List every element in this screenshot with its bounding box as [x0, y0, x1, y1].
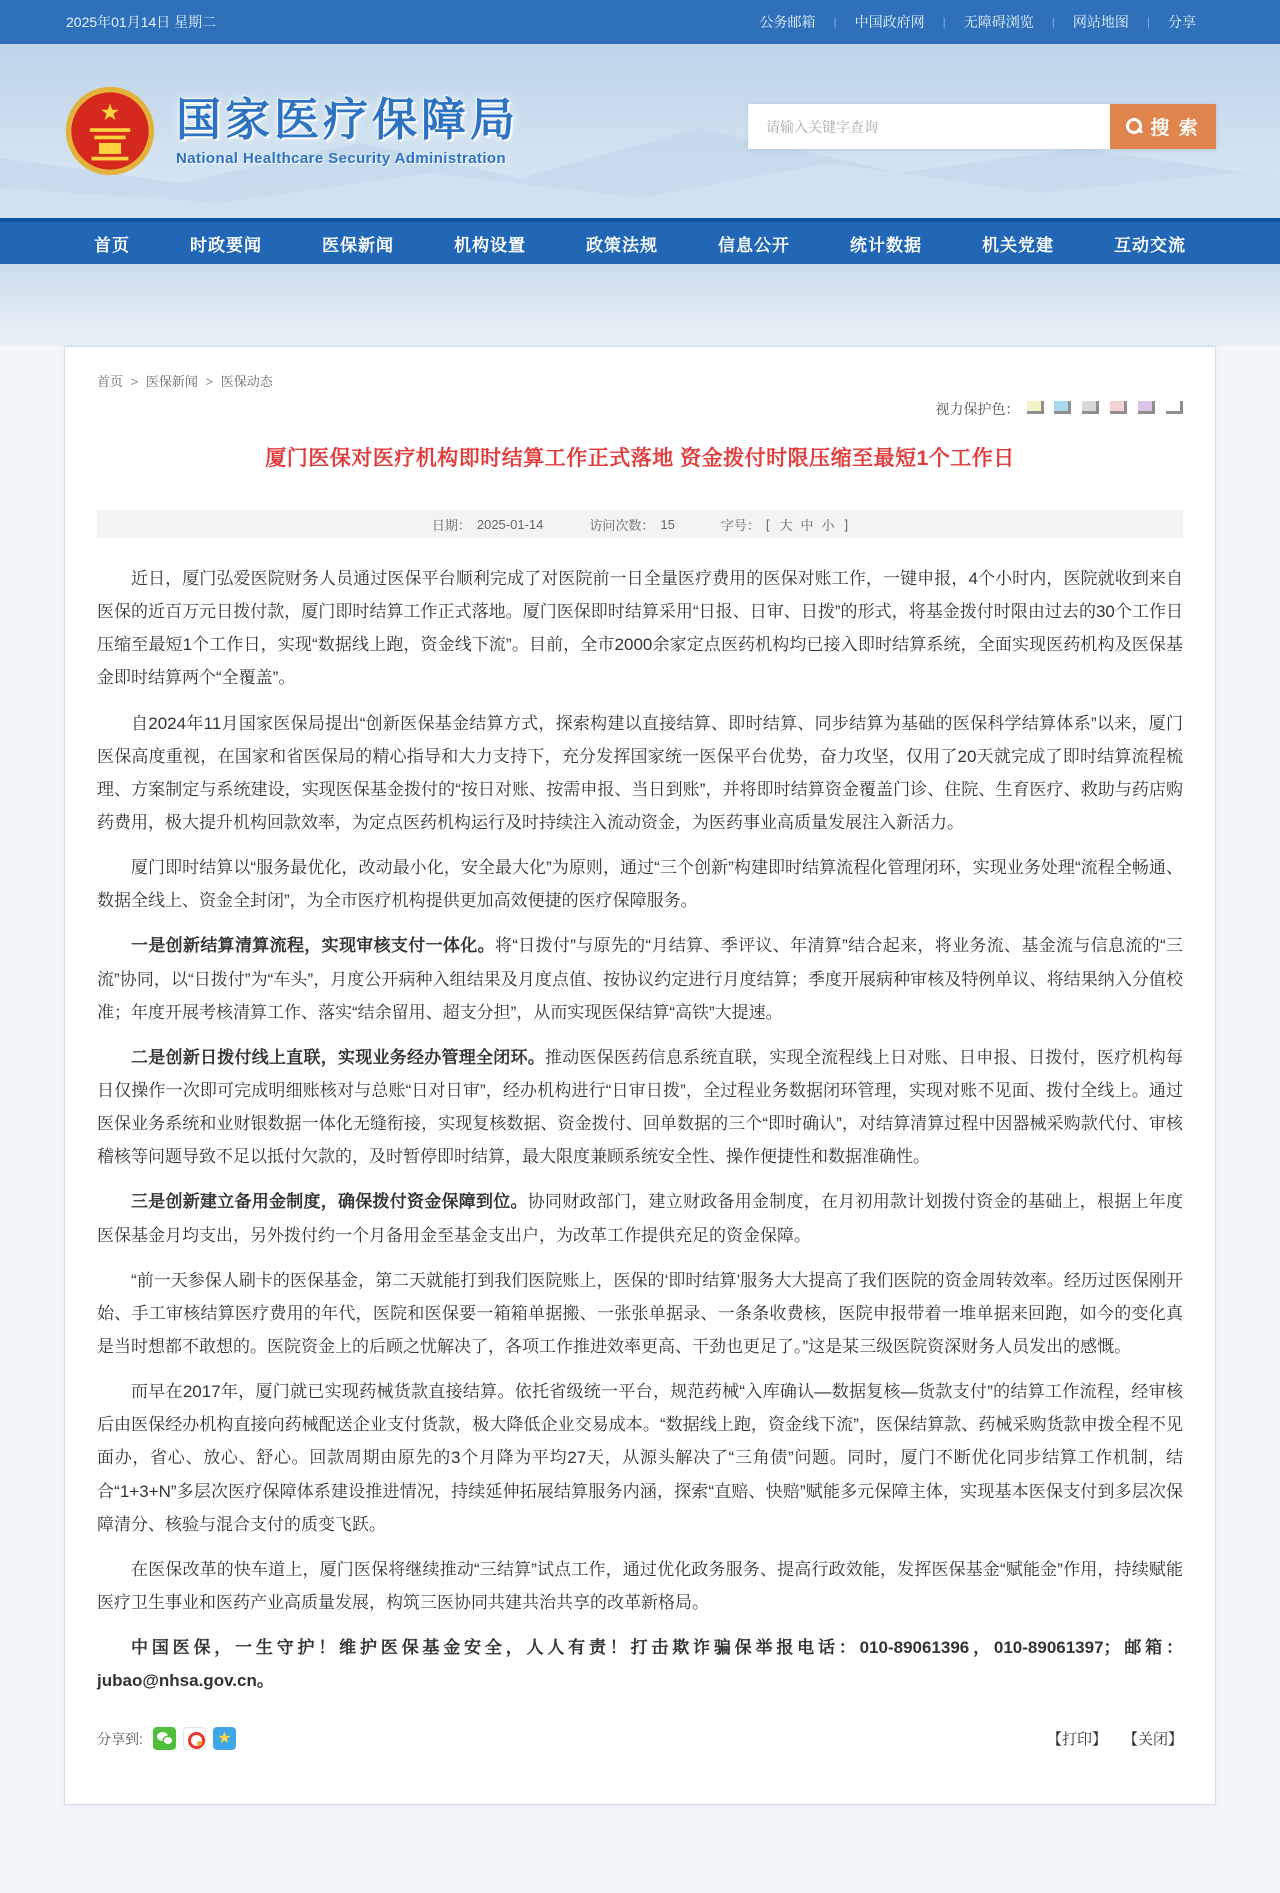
- eye-protection-swatch[interactable]: [1054, 401, 1071, 414]
- search-input[interactable]: [748, 104, 1110, 149]
- meta-bracket-open: [: [766, 517, 770, 532]
- article-paragraph: 而早在2017年，厦门就已实现药械货款直接结算。依托省级统一平台，规范药械“入库…: [97, 1375, 1183, 1541]
- breadcrumb-link[interactable]: 首页: [97, 374, 123, 389]
- paragraph-text: 厦门即时结算以“服务最优化，改动最小化，安全最大化”为原则，通过“三个创新”构建…: [97, 858, 1183, 910]
- site-title: 国家医疗保障局: [176, 95, 519, 145]
- nav-item[interactable]: 机构设置: [454, 231, 526, 256]
- breadcrumb-separator: >: [206, 374, 214, 389]
- article-paragraph: 厦门即时结算以“服务最优化，改动最小化，安全最大化”为原则，通过“三个创新”构建…: [97, 851, 1183, 917]
- article-body: 近日，厦门弘爱医院财务人员通过医保平台顺利完成了对医院前一日全量医疗费用的医保对…: [97, 562, 1183, 1697]
- paragraph-text: “前一天参保人刷卡的医保基金，第二天就能打到我们医院账上，医保的‘即时结算’服务…: [97, 1271, 1183, 1356]
- eye-protection-swatches: [1020, 401, 1183, 417]
- meta-fontsize-label: 字号：: [721, 515, 760, 534]
- national-emblem-icon: [64, 85, 156, 177]
- breadcrumb-link[interactable]: 医保动态: [221, 374, 273, 389]
- fontsize-option[interactable]: 小: [822, 518, 835, 533]
- paragraph-bold-lead: 三是创新建立备用金制度，确保拨付资金保障到位。: [131, 1192, 528, 1211]
- meta-date-label: 日期：: [432, 515, 471, 534]
- main-navigation: 首页 时政要闻 医保新闻 机构设置 政策法规 信息公开 统计数据 机关党建 互动…: [0, 218, 1280, 264]
- paragraph-text: 近日，厦门弘爱医院财务人员通过医保平台顺利完成了对医院前一日全量医疗费用的医保对…: [97, 569, 1183, 687]
- top-utility-bar: 2025年01月14日 星期二 公务邮箱 | 中国政府网 | 无障碍浏览 | 网…: [0, 0, 1280, 44]
- share-weibo-icon[interactable]: [183, 1727, 206, 1750]
- top-link[interactable]: 中国政府网: [837, 12, 943, 32]
- paragraph-text: 自2024年11月国家医保局提出“创新医保基金结算方式，探索构建以直接结算、即时…: [97, 714, 1183, 832]
- article-paragraph: “前一天参保人刷卡的医保基金，第二天就能打到我们医院账上，医保的‘即时结算’服务…: [97, 1264, 1183, 1363]
- article-paragraph: 在医保改革的快车道上，厦门医保将继续推动“三结算”试点工作，通过优化政务服务、提…: [97, 1553, 1183, 1619]
- meta-fontsize-options: 大中小: [775, 515, 838, 534]
- nav-item[interactable]: 互动交流: [1114, 231, 1186, 256]
- nav-item[interactable]: 统计数据: [850, 231, 922, 256]
- share-row: 分享到: 【打印】 【关闭】: [97, 1727, 1183, 1750]
- nav-item[interactable]: 医保新闻: [322, 231, 394, 256]
- article-paragraph: 自2024年11月国家医保局提出“创新医保基金结算方式，探索构建以直接结算、即时…: [97, 707, 1183, 840]
- print-button[interactable]: 【打印】: [1047, 1728, 1107, 1749]
- site-logo: 国家医疗保障局 National Healthcare Security Adm…: [64, 85, 519, 177]
- eye-protection-row: 视力保护色：: [97, 398, 1183, 420]
- masthead: 国家医疗保障局 National Healthcare Security Adm…: [0, 44, 1280, 218]
- paragraph-text: 在医保改革的快车道上，厦门医保将继续推动“三结算”试点工作，通过优化政务服务、提…: [97, 1560, 1183, 1612]
- nav-item[interactable]: 信息公开: [718, 231, 790, 256]
- meta-visits-label: 访问次数：: [589, 515, 654, 534]
- share-wechat-icon[interactable]: [153, 1727, 176, 1750]
- nav-item[interactable]: 时政要闻: [190, 231, 262, 256]
- article-actions: 【打印】 【关闭】: [1047, 1728, 1183, 1749]
- eye-protection-swatch[interactable]: [1110, 401, 1127, 414]
- top-link[interactable]: 无障碍浏览: [946, 12, 1052, 32]
- article-paragraph: 三是创新建立备用金制度，确保拨付资金保障到位。协同财政部门，建立财政备用金制度，…: [97, 1185, 1183, 1251]
- eye-protection-swatch[interactable]: [1166, 401, 1183, 414]
- eye-protection-swatch[interactable]: [1082, 401, 1099, 414]
- current-date: 2025年01月14日 星期二: [66, 12, 216, 32]
- article-paragraph: 近日，厦门弘爱医院财务人员通过医保平台顺利完成了对医院前一日全量医疗费用的医保对…: [97, 562, 1183, 695]
- top-link[interactable]: 网站地图: [1055, 12, 1147, 32]
- fontsize-option[interactable]: 大: [779, 518, 792, 533]
- site-subtitle: National Healthcare Security Administrat…: [176, 150, 519, 167]
- article-paragraph: 二是创新日拨付线上直联，实现业务经办管理全闭环。推动医保医药信息系统直联，实现全…: [97, 1041, 1183, 1174]
- close-button[interactable]: 【关闭】: [1123, 1728, 1183, 1749]
- nav-item[interactable]: 首页: [94, 231, 130, 256]
- paragraph-bold-lead: 一是创新结算清算流程，实现审核支付一体化。: [131, 936, 495, 955]
- top-link[interactable]: 公务邮箱: [742, 12, 834, 32]
- site-title-block: 国家医疗保障局 National Healthcare Security Adm…: [176, 95, 519, 168]
- top-link[interactable]: 分享: [1150, 12, 1214, 32]
- breadcrumb-link[interactable]: 医保新闻: [146, 374, 198, 389]
- meta-bracket-close: ]: [845, 517, 849, 532]
- meta-date: 2025-01-14: [477, 517, 544, 532]
- eye-protection-label: 视力保护色：: [936, 399, 1020, 419]
- article-card: 首页 > 医保新闻 > 医保动态 > 视力保护色：: [64, 346, 1216, 1805]
- article-meta-bar: 日期：2025-01-14 访问次数：15 字号：[大中小]: [97, 510, 1183, 538]
- search-button-label: 搜 索: [1150, 113, 1199, 140]
- paragraph-bold-lead: 二是创新日拨付线上直联，实现业务经办管理全闭环。: [131, 1048, 545, 1067]
- share-qzone-icon[interactable]: [213, 1727, 236, 1750]
- top-links: 公务邮箱 | 中国政府网 | 无障碍浏览 | 网站地图 | 分享 |: [742, 12, 1215, 32]
- breadcrumb-separator: >: [131, 374, 139, 389]
- paragraph-bold-lead: 中国医保，一生守护！维护医保基金安全，人人有责！打击欺诈骗保举报电话：010-8…: [97, 1638, 1183, 1690]
- search-button[interactable]: 搜 索: [1110, 104, 1216, 149]
- share-icons: [153, 1727, 236, 1750]
- meta-visits: 15: [660, 517, 674, 532]
- article-paragraph: 中国医保，一生守护！维护医保基金安全，人人有责！打击欺诈骗保举报电话：010-8…: [97, 1631, 1183, 1697]
- eye-protection-swatch[interactable]: [1138, 401, 1155, 414]
- nav-item[interactable]: 机关党建: [982, 231, 1054, 256]
- search-icon: [1126, 118, 1143, 135]
- eye-protection-swatch[interactable]: [1027, 401, 1044, 414]
- breadcrumb: 首页 > 医保新闻 > 医保动态 >: [97, 347, 1183, 390]
- header-background-strip: [0, 264, 1280, 346]
- paragraph-text: 而早在2017年，厦门就已实现药械货款直接结算。依托省级统一平台，规范药械“入库…: [97, 1382, 1183, 1534]
- nav-item[interactable]: 政策法规: [586, 231, 658, 256]
- share-label: 分享到:: [97, 1729, 143, 1749]
- site-search: 搜 索: [748, 104, 1216, 149]
- article-paragraph: 一是创新结算清算流程，实现审核支付一体化。将“日拨付”与原先的“月结算、季评议、…: [97, 929, 1183, 1028]
- article-title: 厦门医保对医疗机构即时结算工作正式落地 资金拨付时限压缩至最短1个工作日: [97, 442, 1183, 472]
- fontsize-option[interactable]: 中: [801, 518, 814, 533]
